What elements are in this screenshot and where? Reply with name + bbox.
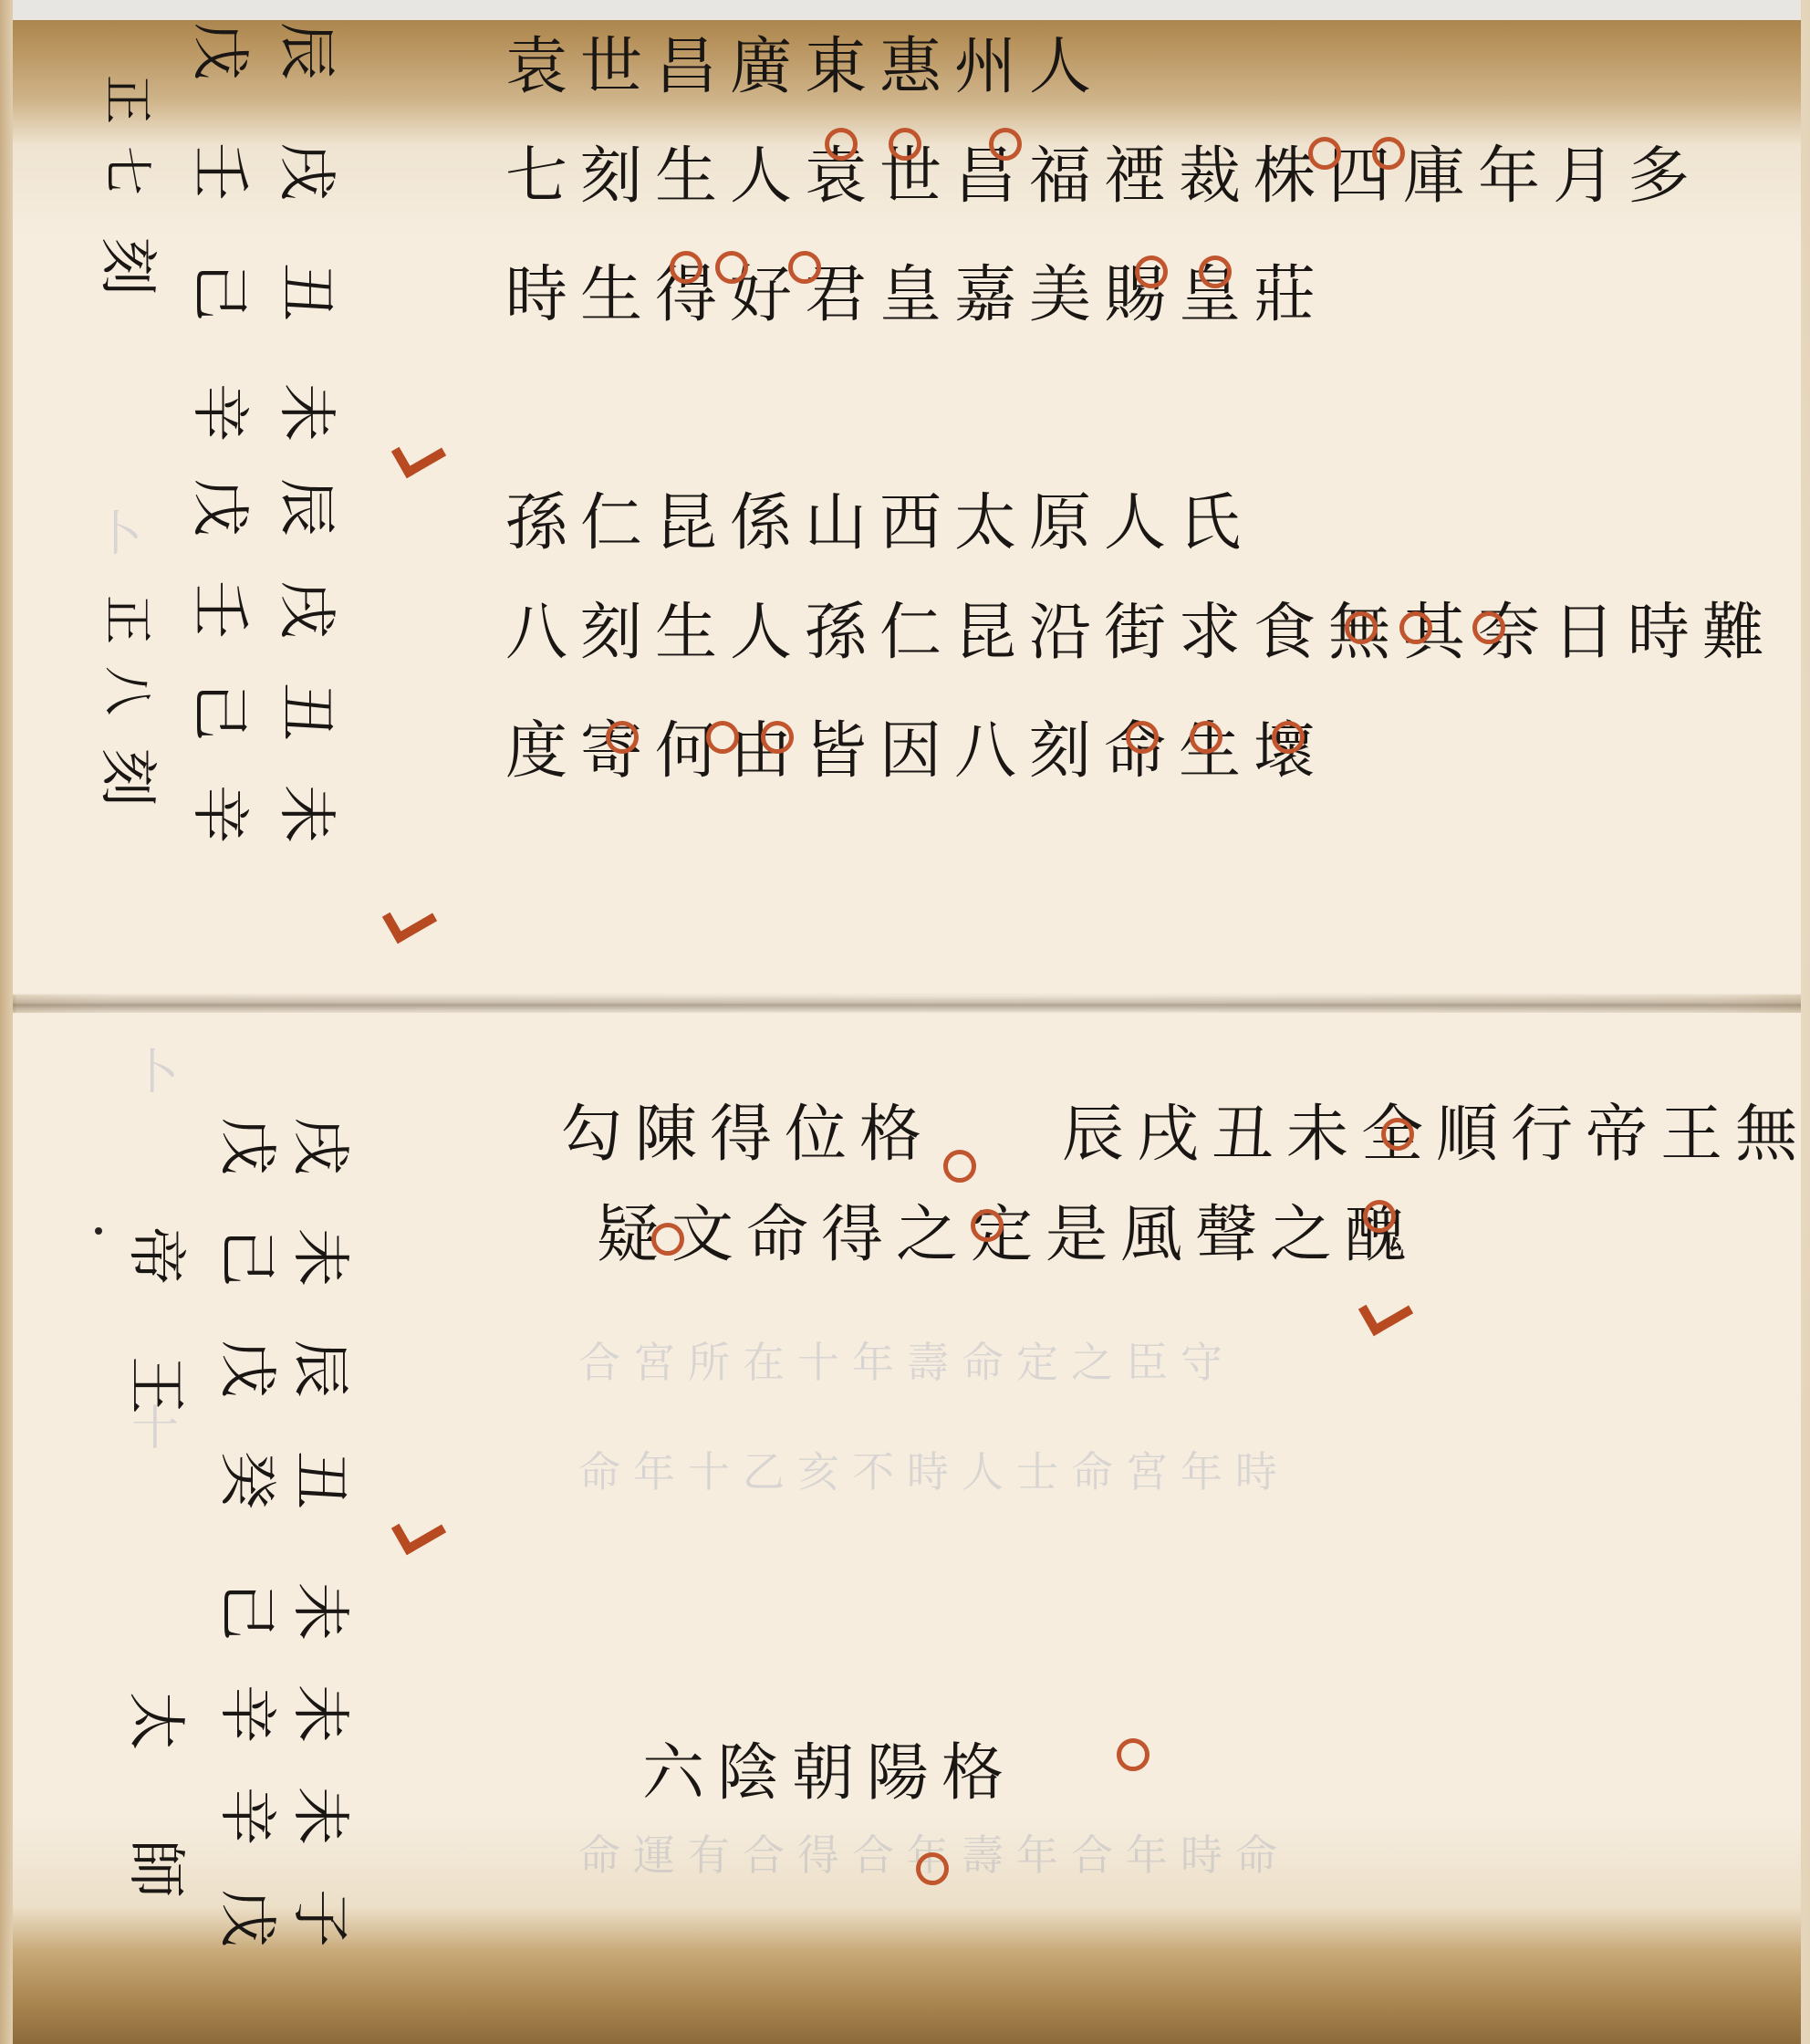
text-line-1: 袁世昌廣東惠州人 [505, 36, 1104, 99]
red-check-mark [391, 1506, 446, 1555]
ink-dot [95, 1227, 102, 1235]
red-circle-annotation [1199, 255, 1232, 288]
red-circle-annotation [715, 251, 748, 284]
stem-char: 己 [186, 679, 252, 745]
text-line-10: 六陰朝陽格 [642, 1743, 1016, 1805]
text-line-8: 疑文命得之定是風聲之醜 [597, 1204, 1420, 1267]
line-text: 勾陳得位格 [560, 1104, 934, 1166]
branch-char: 未 [273, 380, 338, 445]
branch-char: 未 [286, 1579, 352, 1644]
branches-column-b: 辰 戌 丑 未 [273, 474, 338, 847]
line-text: 辰戌丑未全順行帝王無 [1062, 1104, 1801, 1166]
red-circle-annotation [1117, 1738, 1149, 1771]
branch-char: 未 [273, 781, 338, 847]
stems-column-a: 戊 壬 己 辛 [186, 18, 252, 445]
branches-column-c: 戌 未 辰 丑 [286, 1113, 352, 1513]
stem-char: 癸 [213, 1447, 279, 1513]
page-fold [13, 993, 1801, 1015]
stem-char: 辛 [213, 1681, 279, 1747]
stem-char: 己 [186, 259, 252, 325]
top-page: 卜 刻七正 正 七 刻 戊 壬 己 辛 辰 戌 丑 未 正 八 刻 [13, 0, 1801, 995]
red-check-mark [391, 429, 446, 478]
stem-char: 己 [213, 1579, 279, 1644]
stem-char: 戊 [213, 1885, 279, 1951]
stem-char: 辛 [186, 380, 252, 445]
red-circle-annotation [788, 251, 821, 284]
label-ke-ba-zheng: 正 八 刻 [86, 593, 168, 810]
red-circle-annotation [606, 721, 639, 754]
branch-char: 辰 [273, 18, 338, 84]
red-circle-annotation [1126, 721, 1159, 754]
char: 八 [100, 664, 153, 717]
red-circle-annotation [1381, 1118, 1414, 1151]
stems-column-c: 戊 己 戊 癸 [213, 1113, 279, 1513]
branch-char: 丑 [273, 679, 338, 745]
text-line-4: 孫仁昆係山西太原人氏 [505, 493, 1253, 555]
branch-char: 辰 [273, 474, 338, 540]
char: 刻 [94, 745, 160, 810]
stem-char: 辛 [186, 781, 252, 847]
stem-char: 壬 [186, 139, 252, 204]
red-circle-annotation [670, 251, 702, 284]
red-circle-annotation [916, 1852, 949, 1885]
char: 刻 [94, 234, 160, 299]
stem-char: 戊 [186, 474, 252, 540]
stem-char: 戊 [213, 1336, 279, 1402]
red-circle-annotation [825, 128, 858, 161]
branch-char: 丑 [286, 1447, 352, 1513]
stem-char: 戊 [186, 18, 252, 84]
red-circle-annotation [1363, 1200, 1396, 1233]
line-text: 七刻生人袁世昌福禋裁株四庫年月多 [505, 146, 1702, 208]
red-circle-annotation [706, 721, 739, 754]
text-line-5: 八刻生人孫仁昆沿街求食無其奈日時難 [505, 602, 1777, 664]
red-check-mark [382, 894, 437, 944]
show-through-text: 卜 [95, 511, 142, 558]
branch-char: 子 [286, 1885, 352, 1951]
red-check-mark [1358, 1287, 1413, 1336]
red-circle-annotation [1190, 721, 1222, 754]
char: 王 [122, 1352, 188, 1418]
show-through-text: 卜 [131, 1049, 179, 1097]
line-text: 袁世昌廣東惠州人 [505, 36, 1104, 99]
red-circle-annotation [761, 721, 794, 754]
branch-char: 丑 [273, 259, 338, 325]
branch-char: 未 [286, 1783, 352, 1849]
branch-char: 戌 [286, 1113, 352, 1179]
branch-char: 辰 [286, 1336, 352, 1402]
red-circle-annotation [1345, 611, 1378, 644]
line-text: 孫仁昆係山西太原人氏 [505, 493, 1253, 555]
red-circle-annotation [1399, 611, 1432, 644]
branch-char: 戌 [273, 139, 338, 204]
stem-char: 壬 [186, 577, 252, 642]
branches-column-a: 辰 戌 丑 未 [273, 18, 338, 445]
stem-char: 戊 [213, 1113, 279, 1179]
bottom-page: 卜 十 帝 王 太 師 戊 己 戊 癸 戌 未 辰 丑 己 辛 [13, 1013, 1801, 2044]
red-circle-annotation [1472, 611, 1505, 644]
text-line-7: 勾陳得位格 [560, 1104, 934, 1166]
red-circle-annotation [1272, 721, 1305, 754]
red-circle-annotation [971, 1209, 1004, 1242]
stem-char: 辛 [213, 1783, 279, 1849]
text-line-2: 七刻生人袁世昌福禋裁株四庫年月多 [505, 146, 1702, 208]
branch-char: 戌 [273, 577, 338, 642]
show-through-text: 合宮所在十年壽命定之臣守 [578, 1341, 1235, 1383]
red-circle-annotation [1372, 137, 1405, 170]
text-line-9: 辰戌丑未全順行帝王無 [1062, 1104, 1801, 1166]
label-di-wang: 帝 王 [122, 1223, 188, 1418]
line-text: 疑文命得之定是風聲之醜 [597, 1204, 1420, 1267]
char: 帝 [122, 1223, 188, 1288]
label-ke-qi-zheng: 正 七 刻 [86, 73, 168, 299]
manuscript-photo: 卜 刻七正 正 七 刻 戊 壬 己 辛 辰 戌 丑 未 正 八 刻 [0, 0, 1810, 2044]
red-circle-annotation [1308, 137, 1341, 170]
char: 正 [100, 593, 153, 646]
stem-char: 己 [213, 1225, 279, 1290]
line-text: 六陰朝陽格 [642, 1743, 1016, 1805]
show-through-text: 命年十乙亥不時人士命宮年時 [578, 1451, 1290, 1493]
red-circle-annotation [989, 128, 1022, 161]
char: 師 [122, 1836, 188, 1902]
red-circle-annotation [651, 1223, 684, 1256]
branch-char: 未 [286, 1225, 352, 1290]
char: 正 [100, 73, 153, 126]
red-circle-annotation [889, 128, 921, 161]
red-circle-annotation [943, 1150, 976, 1183]
char: 七 [100, 144, 153, 197]
stems-column-b: 戊 壬 己 辛 [186, 474, 252, 847]
char: 太 [122, 1688, 188, 1754]
stems-column-d: 己 辛 辛 戊 [213, 1579, 279, 1951]
branch-char: 未 [286, 1681, 352, 1747]
branches-column-d: 未 未 未 子 [286, 1579, 352, 1951]
label-tai-shi: 太 師 [122, 1688, 188, 1902]
red-circle-annotation [1135, 255, 1168, 288]
line-text: 八刻生人孫仁昆沿街求食無其奈日時難 [505, 602, 1777, 664]
